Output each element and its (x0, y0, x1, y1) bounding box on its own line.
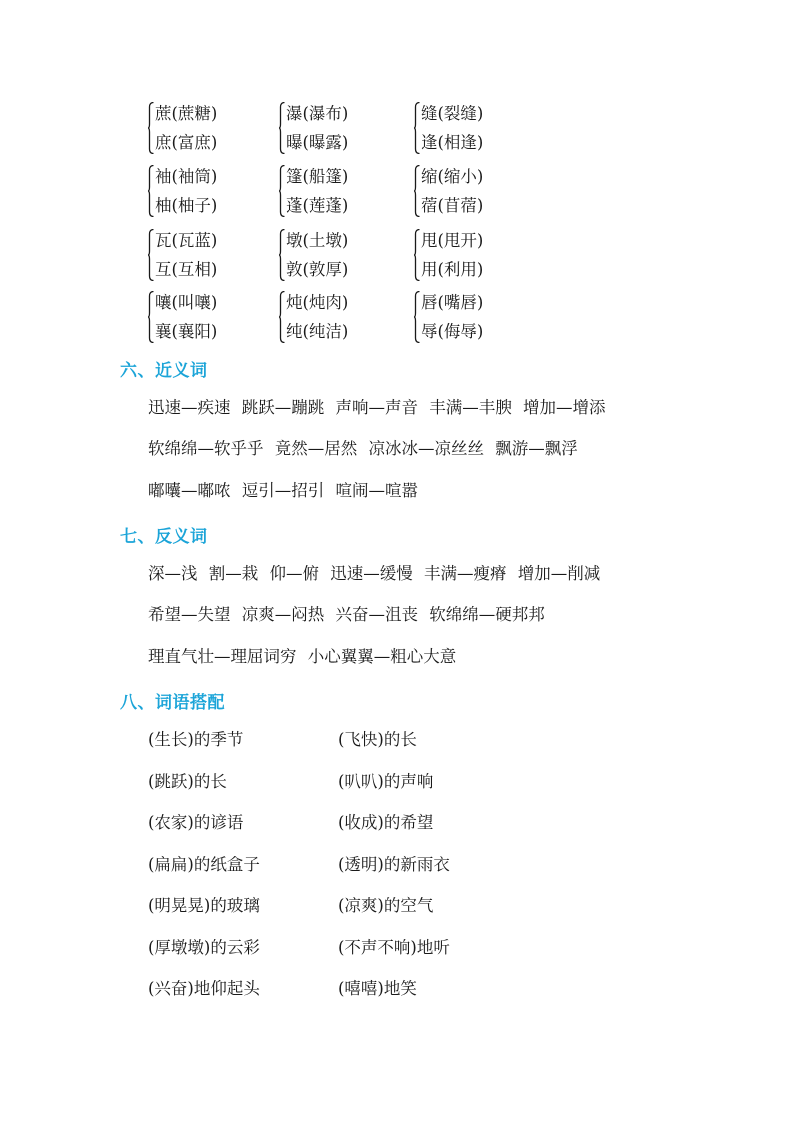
antonym-pair: 深—浅 (148, 564, 198, 583)
character-pair: 缩(缩小) 蓿(苜蓿) (416, 162, 547, 226)
character-pair: 袖(袖筒) 柚(柚子) (150, 162, 281, 226)
left-brace-icon (148, 102, 154, 154)
antonym-pair: 仰—俯 (270, 564, 320, 583)
antonym-pair: 增加—削减 (518, 564, 601, 583)
left-brace-icon (279, 165, 285, 217)
left-brace-icon (414, 291, 420, 343)
collocation-item: (扁扁)的纸盒子 (148, 854, 338, 896)
section-heading-antonyms: 七、反义词 (120, 522, 208, 547)
pair-word-a: 甩(甩开) (421, 226, 547, 255)
antonym-line: 深—浅 割—栽 仰—俯 迅速—缓慢 丰满—瘦瘠 增加—削减 (148, 563, 600, 585)
collocation-row: (跳跃)的长 (叭叭)的声响 (148, 771, 528, 813)
collocation-grid: (生长)的季节 (飞快)的长 (跳跃)的长 (叭叭)的声响 (农家)的谚语 (收… (148, 729, 528, 1020)
synonym-line: 嘟囔—嘟哝 逗引—招引 喧闹—喧嚣 (148, 480, 418, 502)
synonym-pair: 喧闹—喧嚣 (336, 481, 419, 500)
pair-word-b: 敦(敦厚) (286, 255, 416, 284)
collocation-item: (农家)的谚语 (148, 812, 338, 854)
antonym-pair: 凉爽—闷热 (242, 605, 325, 624)
left-brace-icon (148, 165, 154, 217)
character-pair: 瀑(瀑布) 曝(曝露) (281, 99, 416, 162)
character-pair-grid: 蔗(蔗糖) 庶(富庶) 瀑(瀑布) 曝(曝露) 缝(裂缝) 逢(相逢) 袖(袖筒… (150, 99, 547, 351)
pair-word-b: 蓬(莲蓬) (286, 191, 416, 220)
pair-word-a: 炖(炖肉) (286, 288, 416, 317)
character-pair: 甩(甩开) 用(利用) (416, 226, 547, 288)
character-pair: 缝(裂缝) 逢(相逢) (416, 99, 547, 162)
collocation-row: (厚墩墩)的云彩 (不声不响)地听 (148, 937, 528, 979)
pair-word-a: 篷(船篷) (286, 162, 416, 191)
pair-word-b: 逢(相逢) (421, 128, 547, 157)
left-brace-icon (414, 165, 420, 217)
collocation-item: (叭叭)的声响 (338, 771, 528, 813)
synonym-pair: 迅速—疾速 (148, 398, 231, 417)
left-brace-icon (414, 229, 420, 281)
pair-word-a: 瓦(瓦蓝) (155, 226, 281, 255)
left-brace-icon (279, 229, 285, 281)
collocation-item: (厚墩墩)的云彩 (148, 937, 338, 979)
pair-row: 袖(袖筒) 柚(柚子) 篷(船篷) 蓬(莲蓬) 缩(缩小) 蓿(苜蓿) (150, 162, 547, 226)
collocation-item: (收成)的希望 (338, 812, 528, 854)
collocation-item: (嘻嘻)地笑 (338, 978, 528, 1020)
character-pair: 炖(炖肉) 纯(纯洁) (281, 288, 416, 351)
pair-word-b: 互(互相) (155, 255, 281, 284)
antonym-line: 理直气壮—理屈词穷 小心翼翼—粗心大意 (148, 646, 456, 668)
synonym-line: 迅速—疾速 跳跃—蹦跳 声响—声音 丰满—丰腴 增加—增添 (148, 397, 606, 419)
antonym-pair: 丰满—瘦瘠 (424, 564, 507, 583)
synonym-pair: 声响—声音 (336, 398, 419, 417)
pair-word-b: 曝(曝露) (286, 128, 416, 157)
antonym-line: 希望—失望 凉爽—闷热 兴奋—沮丧 软绵绵—硬邦邦 (148, 604, 545, 626)
antonym-pair: 希望—失望 (148, 605, 231, 624)
synonym-pair: 增加—增添 (523, 398, 606, 417)
antonym-pair: 迅速—缓慢 (330, 564, 413, 583)
character-pair: 蔗(蔗糖) 庶(富庶) (150, 99, 281, 162)
synonym-pair: 竟然—居然 (275, 439, 358, 458)
synonym-line: 软绵绵—软乎乎 竟然—居然 凉冰冰—凉丝丝 飘游—飘浮 (148, 438, 578, 460)
pair-word-a: 袖(袖筒) (155, 162, 281, 191)
pair-row: 蔗(蔗糖) 庶(富庶) 瀑(瀑布) 曝(曝露) 缝(裂缝) 逢(相逢) (150, 99, 547, 162)
synonym-pair: 飘游—飘浮 (495, 439, 578, 458)
collocation-item: (跳跃)的长 (148, 771, 338, 813)
antonym-pair: 软绵绵—硬邦邦 (429, 605, 545, 624)
synonym-pair: 丰满—丰腴 (429, 398, 512, 417)
document-page: 蔗(蔗糖) 庶(富庶) 瀑(瀑布) 曝(曝露) 缝(裂缝) 逢(相逢) 袖(袖筒… (0, 0, 793, 1122)
collocation-item: (明晃晃)的玻璃 (148, 895, 338, 937)
pair-word-b: 用(利用) (421, 255, 547, 284)
collocation-item: (透明)的新雨衣 (338, 854, 528, 896)
pair-word-b: 庶(富庶) (155, 128, 281, 157)
pair-word-b: 柚(柚子) (155, 191, 281, 220)
pair-row: 瓦(瓦蓝) 互(互相) 墩(土墩) 敦(敦厚) 甩(甩开) 用(利用) (150, 226, 547, 288)
pair-word-b: 蓿(苜蓿) (421, 191, 547, 220)
synonym-pair: 软绵绵—软乎乎 (148, 439, 264, 458)
character-pair: 嚷(叫嚷) 襄(襄阳) (150, 288, 281, 351)
pair-word-a: 瀑(瀑布) (286, 99, 416, 128)
synonym-pair: 逗引—招引 (242, 481, 325, 500)
collocation-row: (兴奋)地仰起头 (嘻嘻)地笑 (148, 978, 528, 1020)
collocation-item: (生长)的季节 (148, 729, 338, 771)
collocation-item: (兴奋)地仰起头 (148, 978, 338, 1020)
pair-word-b: 襄(襄阳) (155, 317, 281, 346)
left-brace-icon (279, 291, 285, 343)
pair-row: 嚷(叫嚷) 襄(襄阳) 炖(炖肉) 纯(纯洁) 唇(嘴唇) 辱(侮辱) (150, 288, 547, 351)
collocation-row: (农家)的谚语 (收成)的希望 (148, 812, 528, 854)
pair-word-a: 唇(嘴唇) (421, 288, 547, 317)
left-brace-icon (414, 102, 420, 154)
pair-word-a: 墩(土墩) (286, 226, 416, 255)
character-pair: 唇(嘴唇) 辱(侮辱) (416, 288, 547, 351)
left-brace-icon (148, 291, 154, 343)
synonym-pair: 嘟囔—嘟哝 (148, 481, 231, 500)
collocation-item: (不声不响)地听 (338, 937, 528, 979)
character-pair: 篷(船篷) 蓬(莲蓬) (281, 162, 416, 226)
antonym-pair: 割—栽 (209, 564, 259, 583)
antonym-pair: 理直气壮—理屈词穷 (148, 647, 297, 666)
synonym-pair: 跳跃—蹦跳 (242, 398, 325, 417)
pair-word-a: 蔗(蔗糖) (155, 99, 281, 128)
left-brace-icon (148, 229, 154, 281)
collocation-row: (生长)的季节 (飞快)的长 (148, 729, 528, 771)
collocation-row: (明晃晃)的玻璃 (凉爽)的空气 (148, 895, 528, 937)
pair-word-b: 辱(侮辱) (421, 317, 547, 346)
pair-word-a: 嚷(叫嚷) (155, 288, 281, 317)
antonym-pair: 兴奋—沮丧 (336, 605, 419, 624)
antonym-pair: 小心翼翼—粗心大意 (308, 647, 457, 666)
character-pair: 瓦(瓦蓝) 互(互相) (150, 226, 281, 288)
collocation-item: (凉爽)的空气 (338, 895, 528, 937)
collocation-item: (飞快)的长 (338, 729, 528, 771)
pair-word-a: 缝(裂缝) (421, 99, 547, 128)
section-heading-synonyms: 六、近义词 (120, 356, 208, 381)
pair-word-a: 缩(缩小) (421, 162, 547, 191)
character-pair: 墩(土墩) 敦(敦厚) (281, 226, 416, 288)
section-heading-collocations: 八、词语搭配 (120, 688, 225, 713)
collocation-row: (扁扁)的纸盒子 (透明)的新雨衣 (148, 854, 528, 896)
left-brace-icon (279, 102, 285, 154)
pair-word-b: 纯(纯洁) (286, 317, 416, 346)
synonym-pair: 凉冰冰—凉丝丝 (369, 439, 485, 458)
